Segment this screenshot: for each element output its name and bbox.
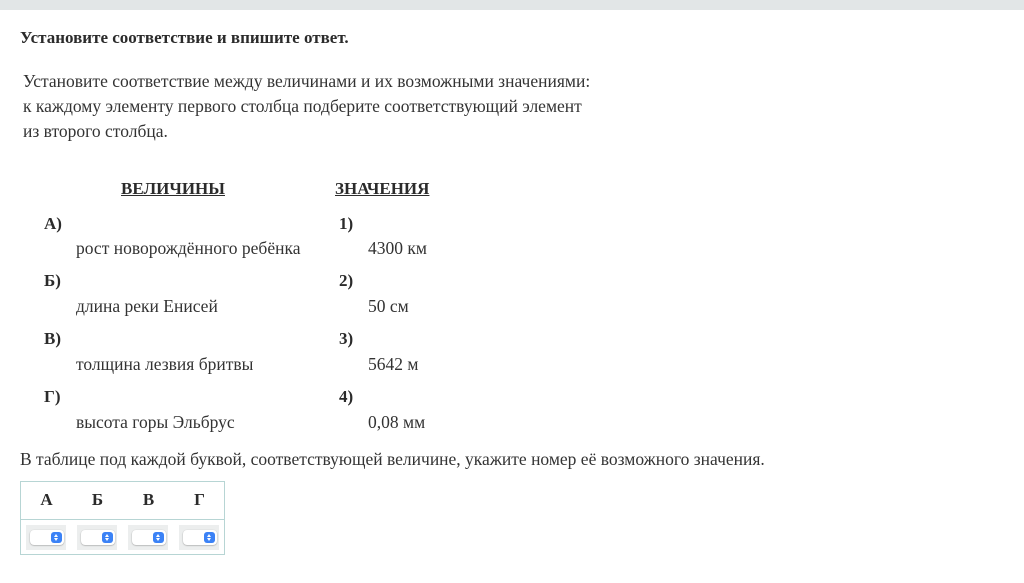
instruction-line: к каждому элементу первого столбца подбе… (23, 94, 643, 119)
top-bar (0, 0, 1024, 10)
answer-cell-a (26, 525, 66, 550)
quantity-text-g: высота горы Эльбрус (76, 412, 235, 433)
answer-column-v: В (123, 490, 174, 510)
values-header: ЗНАЧЕНИЯ (335, 179, 429, 199)
value-label-1: 1) (339, 214, 353, 234)
answer-cell-g (179, 525, 219, 550)
answer-instruction: В таблице под каждой буквой, соответству… (20, 449, 765, 470)
value-text-3: 5642 м (368, 354, 418, 375)
quantities-header: ВЕЛИЧИНЫ (121, 179, 225, 199)
value-label-4: 4) (339, 387, 353, 407)
select-arrows-icon (204, 532, 215, 543)
answer-cell-b (77, 525, 117, 550)
value-label-3: 3) (339, 329, 353, 349)
answer-column-b: Б (72, 490, 123, 510)
quantity-label-b: Б) (44, 271, 61, 291)
answer-column-g: Г (174, 490, 225, 510)
answer-column-a: А (21, 490, 72, 510)
answer-select-b[interactable] (81, 530, 115, 545)
instruction-line: Установите соответствие между величинами… (23, 69, 643, 94)
answer-cell-v (128, 525, 168, 550)
select-arrows-icon (102, 532, 113, 543)
value-text-2: 50 см (368, 296, 409, 317)
value-text-4: 0,08 мм (368, 412, 425, 433)
task-title: Установите соответствие и впишите ответ. (20, 28, 349, 48)
answer-select-g[interactable] (183, 530, 217, 545)
quantity-text-b: длина реки Енисей (76, 296, 218, 317)
answer-table: А Б В Г (20, 481, 225, 555)
quantity-label-g: Г) (44, 387, 60, 407)
quantity-text-v: толщина лезвия бритвы (76, 354, 253, 375)
value-text-1: 4300 км (368, 238, 427, 259)
select-arrows-icon (153, 532, 164, 543)
instruction-line: из второго столбца. (23, 119, 643, 144)
quantity-label-a: А) (44, 214, 62, 234)
answer-select-v[interactable] (132, 530, 166, 545)
answer-table-header-row: А Б В Г (21, 482, 224, 520)
quantity-text-a: рост новорождённого ребёнка (76, 238, 300, 259)
answer-select-a[interactable] (30, 530, 64, 545)
quantity-label-v: В) (44, 329, 61, 349)
task-instruction: Установите соответствие между величинами… (23, 69, 643, 144)
select-arrows-icon (51, 532, 62, 543)
value-label-2: 2) (339, 271, 353, 291)
